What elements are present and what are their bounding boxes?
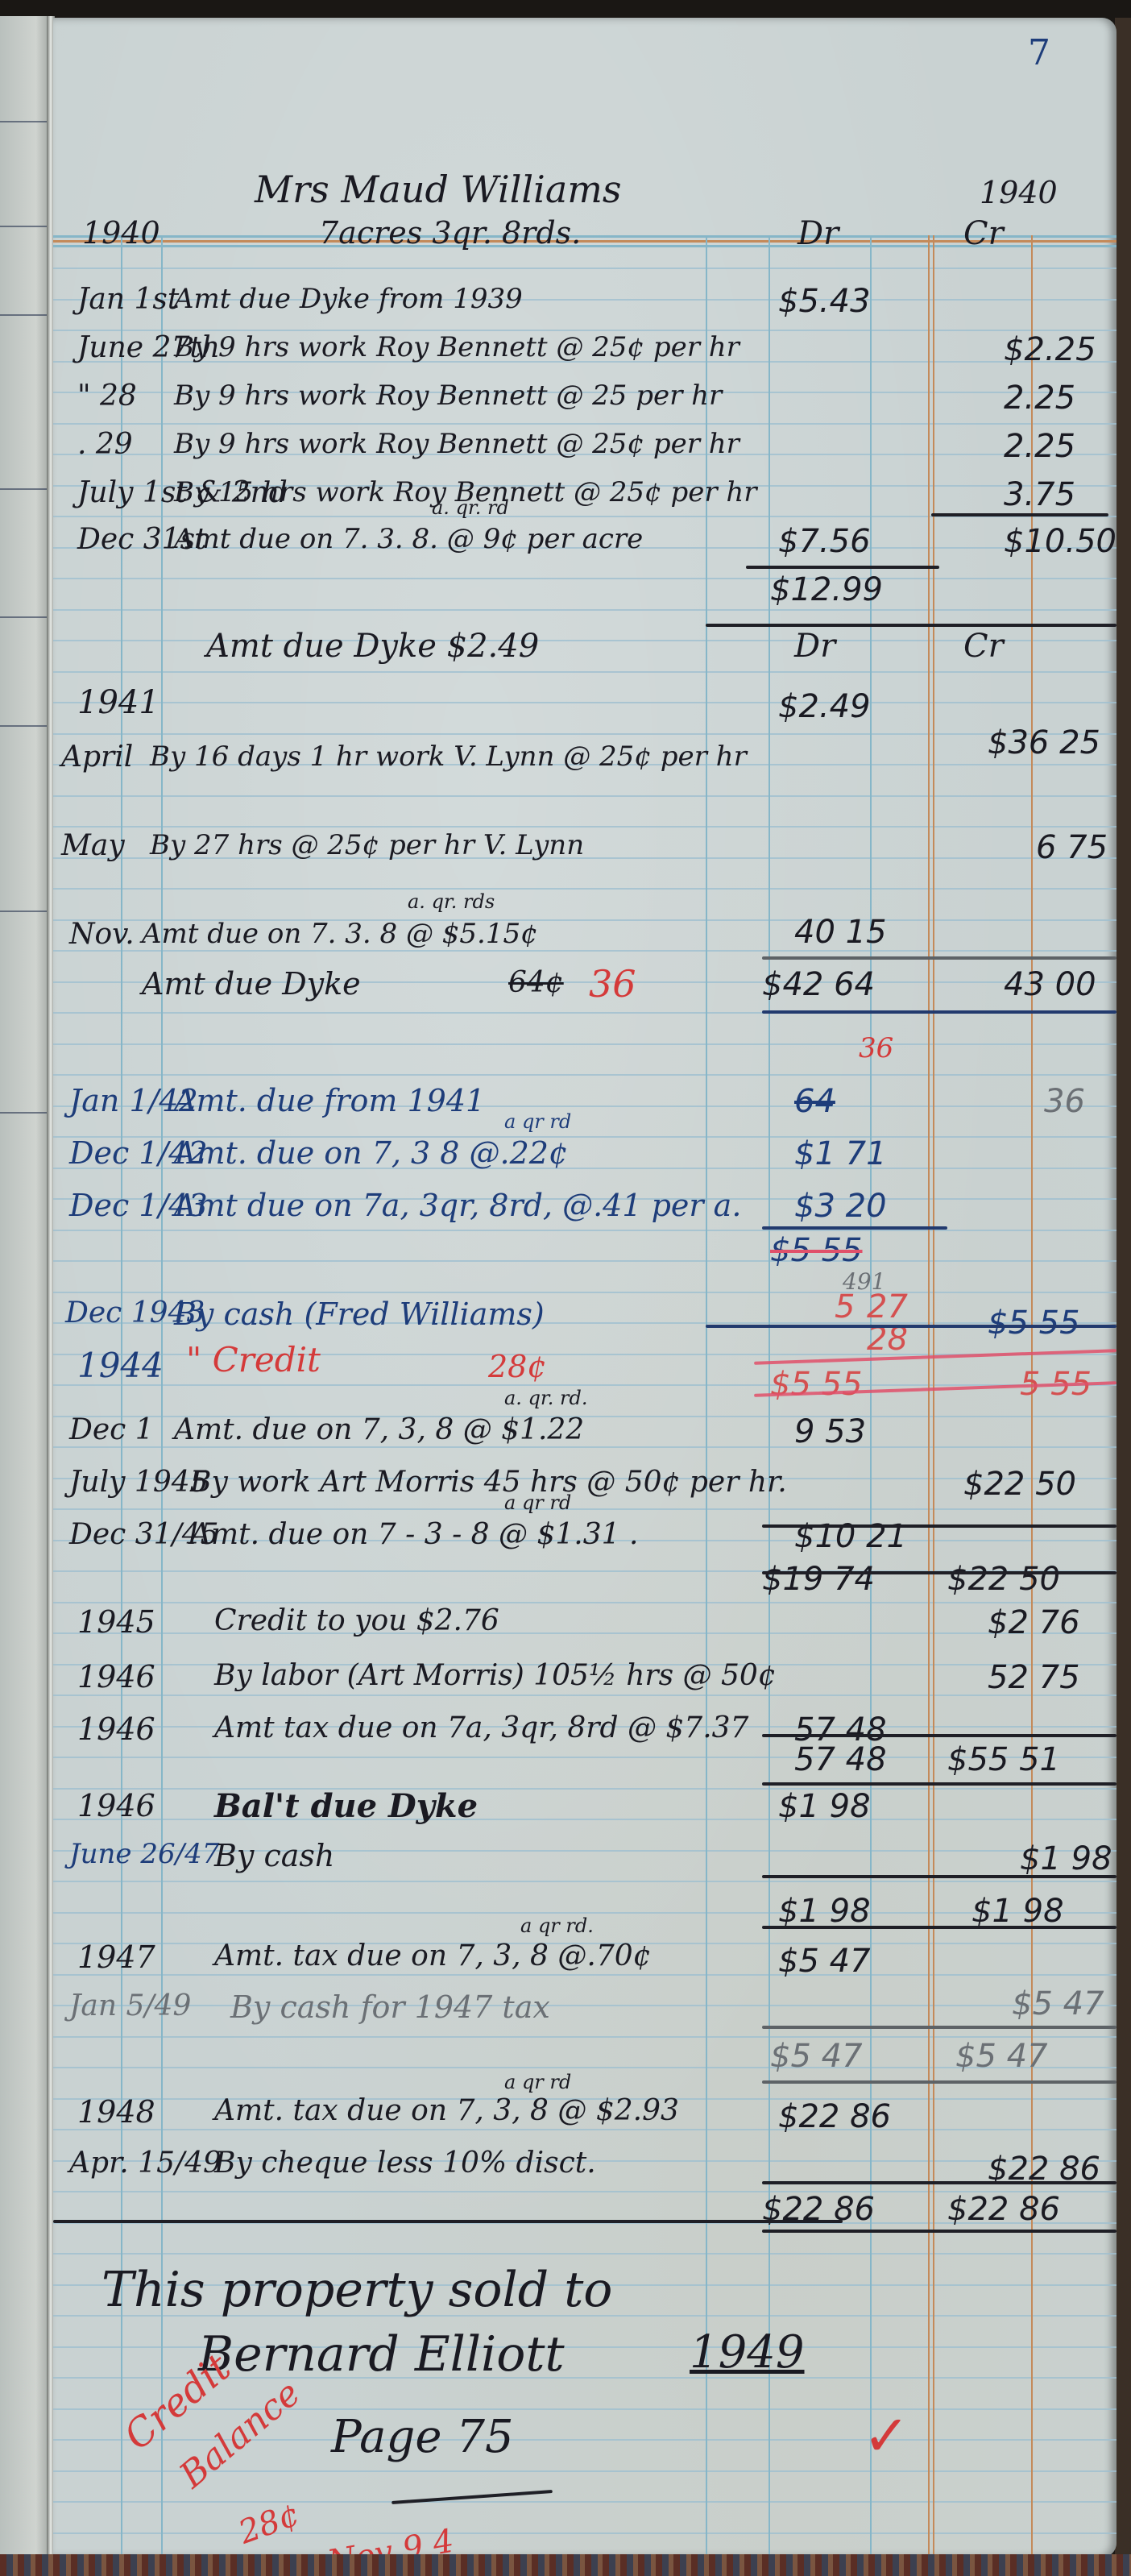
debit-amount: $5.43 xyxy=(778,285,871,317)
credit-total: $55 51 xyxy=(947,1744,1060,1776)
ruling-line xyxy=(53,1043,1116,1045)
credit-amount: 2.25 xyxy=(1004,382,1075,414)
ruling-line xyxy=(53,671,1116,673)
entry-description: By cheque less 10% disct. xyxy=(214,2149,596,2178)
ruling-line xyxy=(53,1695,1116,1696)
entry-date: April xyxy=(61,743,133,772)
red-correction: 27 xyxy=(867,1291,908,1323)
entry-description: Bal't due Dyke xyxy=(214,1790,478,1823)
entry-description: By 9 hrs work Roy Bennett @ 25 per hr xyxy=(174,382,722,409)
totals-label: Amt due Dyke xyxy=(142,969,361,999)
entry-description: Credit to you $2.76 xyxy=(214,1607,499,1636)
entry-units-superscript: a. qr. rd xyxy=(432,498,509,517)
ruling-line xyxy=(53,1788,1116,1790)
header-rule xyxy=(53,235,1116,238)
red-note-amount: 28¢ xyxy=(234,2498,303,2549)
entry-description: Amt. due on 7, 3, 8 @ $1.22 xyxy=(174,1416,584,1445)
entry-units-superscript: a qr rd xyxy=(504,1493,571,1512)
credit-amount: $2.25 xyxy=(1004,334,1096,366)
credit-total: $5 47 xyxy=(955,2040,1048,2072)
ruling-line xyxy=(53,1508,1116,1510)
debit-amount: 40 15 xyxy=(794,916,887,948)
entry-date: 1946 xyxy=(77,1661,155,1692)
entry-date: 1946 xyxy=(77,1790,155,1821)
debit-amount: $22 86 xyxy=(778,2101,891,2133)
credit-note: " Credit xyxy=(186,1343,321,1377)
credit-amount: $22 86 xyxy=(988,2153,1100,2185)
entry-date: Apr. 15/49 xyxy=(69,2149,222,2178)
check-mark-icon: ✓ xyxy=(863,2403,910,2469)
ruling-line xyxy=(53,702,1116,703)
page-number: 7 xyxy=(1028,35,1050,71)
entry-description: By cash (Fred Williams) xyxy=(174,1299,545,1329)
debit-amount: $2.49 xyxy=(778,691,871,723)
debit-column-header: Dr xyxy=(797,218,839,250)
entry-description: Amt. due on 7, 3 8 @.22¢ xyxy=(174,1138,568,1168)
header-year-right: 1940 xyxy=(980,177,1058,208)
entry-description: Amt due on 7. 3. 8. @ 9¢ per acre xyxy=(174,525,643,553)
entry-description: Amt tax due on 7a, 3qr, 8rd @ $7.37 xyxy=(214,1714,748,1743)
rule-stroke xyxy=(706,1325,1116,1328)
entry-units-superscript: a qr rd xyxy=(504,2072,571,2092)
struck-amount: 64¢ xyxy=(508,969,564,998)
credit-total: 43 00 xyxy=(1004,969,1096,1001)
entry-description: Amt. due from 1941 xyxy=(174,1085,485,1116)
rule-stroke xyxy=(931,513,1108,516)
red-correction-note: 36 xyxy=(859,1035,893,1062)
page-reference: Page 75 xyxy=(331,2415,514,2460)
entry-date: 1945 xyxy=(77,1607,155,1637)
rule-stroke xyxy=(762,1926,1116,1929)
ruling-line xyxy=(53,795,1116,797)
entry-date: May xyxy=(61,832,125,861)
entry-description: By 9 hrs work Roy Bennett @ 25¢ per hr xyxy=(174,430,739,458)
credit-amount: $2 76 xyxy=(988,1607,1080,1639)
entry-date: 1946 xyxy=(77,1714,155,1744)
rule-stroke xyxy=(762,2230,1116,2233)
rule-stroke xyxy=(762,2080,1116,2084)
entry-date: " 28 xyxy=(77,382,137,411)
credit-amount: $5 47 xyxy=(1012,1988,1104,2020)
ruling-line xyxy=(53,609,1116,611)
page-edge xyxy=(1115,18,1131,2557)
debit-amount: $5 47 xyxy=(778,1945,871,1977)
entry-date: July 1945 xyxy=(69,1468,209,1497)
ruling-line xyxy=(53,578,1116,579)
rule-stroke xyxy=(762,2026,1116,2029)
column-rule xyxy=(161,235,163,2557)
column-rule xyxy=(928,235,930,2557)
entry-description: Amt. tax due on 7, 3, 8 @ $2.93 xyxy=(214,2097,679,2126)
entry-date: June 26/47 xyxy=(69,1840,219,1868)
rule-stroke xyxy=(762,1524,1116,1528)
debit-amount: 9 53 xyxy=(794,1416,866,1448)
rule-stroke xyxy=(746,566,939,569)
credit-amount: 3.75 xyxy=(1004,479,1075,511)
ruling-line xyxy=(53,1074,1116,1076)
rule-stroke xyxy=(762,2181,1116,2184)
ruling-line xyxy=(53,1881,1116,1882)
debit-column-header: Dr xyxy=(794,630,835,662)
ruling-line xyxy=(53,888,1116,890)
debit-amount: $7.56 xyxy=(778,525,871,558)
entry-description: Amt due on 7a, 3qr, 8rd, @.41 per a. xyxy=(174,1190,741,1221)
rule-stroke xyxy=(762,1875,1116,1878)
debit-total: $42 64 xyxy=(762,969,875,1001)
red-note-date: Nov 9 4 xyxy=(325,2525,457,2557)
entry-date: 1947 xyxy=(77,1942,155,1972)
property-description: 7acres 3qr. 8rds. xyxy=(319,218,581,248)
entry-description: By 9 hrs work Roy Bennett @ 25¢ per hr xyxy=(174,334,739,361)
sold-year: 1949 xyxy=(690,2330,805,2375)
entry-description: Amt. due on 7 - 3 - 8 @ $1.31 . xyxy=(190,1520,638,1549)
debit-total: 57 48 xyxy=(794,1744,887,1776)
ruling-line xyxy=(53,733,1116,735)
header-rule xyxy=(53,245,1116,247)
ruling-line xyxy=(53,1260,1116,1262)
credit-amount: $5 55 xyxy=(988,1307,1080,1339)
entry-description: By cash xyxy=(214,1840,334,1871)
entry-date: . 29 xyxy=(77,430,133,459)
credit-amount: $10.50 xyxy=(1004,525,1116,558)
credit-total: $22 86 xyxy=(947,2193,1060,2225)
sold-note-line-1: This property sold to xyxy=(101,2266,612,2314)
entry-date: Nov. xyxy=(69,920,135,949)
entry-description: Amt. tax due on 7, 3, 8 @.70¢ xyxy=(214,1942,652,1971)
credit-total: $1 98 xyxy=(971,1895,1064,1927)
ruling-line xyxy=(53,423,1116,425)
entry-units-superscript: a qr rd xyxy=(504,1112,571,1131)
entry-units-superscript: a qr rd. xyxy=(520,1916,594,1935)
account-holder-name: Mrs Maud Williams xyxy=(255,171,622,208)
red-correction: 28 xyxy=(867,1323,908,1355)
rule-stroke xyxy=(754,1349,1116,1365)
credit-amount: 2.25 xyxy=(1004,430,1075,463)
corrected-amount: 36 xyxy=(589,965,636,1002)
ruling-line xyxy=(53,2005,1116,2006)
ledger-page: 7 Mrs Maud Williams 1940 1940 7acres 3qr… xyxy=(53,18,1116,2557)
cover-fabric xyxy=(0,2554,1131,2576)
ruling-line xyxy=(53,2253,1116,2255)
ruling-line xyxy=(53,1602,1116,1603)
credit-total: $22 50 xyxy=(947,1563,1060,1595)
credit-amount: $36 25 xyxy=(988,727,1100,759)
rule-stroke xyxy=(762,1782,1116,1786)
debit-amount: $1 71 xyxy=(794,1138,887,1170)
sold-note-line-2: Bernard Elliott xyxy=(198,2330,565,2379)
debit-amount: $1 98 xyxy=(778,1790,871,1823)
rule-stroke xyxy=(762,1734,1116,1737)
ruling-line xyxy=(53,1230,1116,1231)
ruling-line xyxy=(53,1819,1116,1820)
entry-description: Amt due Dyke from 1939 xyxy=(174,285,523,313)
credit-amount: $1 98 xyxy=(1020,1843,1112,1875)
red-correction: 5 xyxy=(835,1291,855,1323)
column-rule xyxy=(706,235,707,2557)
credit-amount: 52 75 xyxy=(988,1661,1080,1694)
entry-description: By 16 days 1 hr work V. Lynn @ 25¢ per h… xyxy=(150,743,747,770)
ruling-line xyxy=(53,1974,1116,1976)
ruling-line xyxy=(53,2501,1116,2503)
ruling-line xyxy=(53,826,1116,828)
ruling-line xyxy=(53,1912,1116,1914)
entry-description: By 27 hrs @ 25¢ per hr V. Lynn xyxy=(150,832,584,859)
debit-amount: $3 20 xyxy=(794,1190,887,1222)
credit-amount: 6 75 xyxy=(1036,832,1108,864)
ruling-line xyxy=(53,1292,1116,1293)
credit-note-amount: 28¢ xyxy=(488,1351,547,1382)
entry-description: Amt due on 7. 3. 8 @ $5.15¢ xyxy=(142,920,538,948)
rule-stroke xyxy=(762,1226,947,1230)
ruling-line xyxy=(53,2408,1116,2410)
entry-description: By work Art Morris 45 hrs @ 50¢ per hr. xyxy=(190,1468,787,1497)
ruling-line xyxy=(53,1446,1116,1448)
debit-total: $5 47 xyxy=(770,2040,863,2072)
entry-date: Jan 1st xyxy=(77,285,179,314)
ruling-line xyxy=(53,950,1116,952)
entry-description: By labor (Art Morris) 105½ hrs @ 50¢ xyxy=(214,1661,777,1690)
debit-total: $1 98 xyxy=(778,1895,871,1927)
rule-stroke xyxy=(706,624,1116,627)
credit-amount: 36 xyxy=(1044,1085,1085,1118)
ruling-line xyxy=(53,1632,1116,1634)
credit-column-header: Cr xyxy=(963,218,1004,250)
debit-total: $19 74 xyxy=(762,1563,875,1595)
carry-forward-note: Amt due Dyke $2.49 xyxy=(206,630,539,662)
debit-amount: 64 xyxy=(794,1085,835,1118)
entry-year: 1941 xyxy=(77,687,159,719)
entry-units-superscript: a. qr. rd. xyxy=(504,1388,588,1408)
debit-total: $5 55 xyxy=(770,1234,863,1267)
rule-stroke xyxy=(762,1571,1116,1574)
ruling-line xyxy=(53,268,1116,269)
entry-date: Jan 5/49 xyxy=(69,1992,191,2021)
header-rule xyxy=(53,240,1116,243)
column-rule xyxy=(933,235,934,2557)
entry-date: 1948 xyxy=(77,2097,155,2127)
entry-units-superscript: a. qr. rds xyxy=(408,892,495,911)
column-rule xyxy=(121,235,122,2557)
entry-date: 1944 xyxy=(77,1349,164,1383)
header-year-left: 1940 xyxy=(82,218,160,248)
credit-amount: $22 50 xyxy=(963,1468,1076,1500)
entry-date: Dec 1 xyxy=(69,1416,154,1445)
entry-description: By cash for 1947 tax xyxy=(230,1992,550,2022)
ruling-line xyxy=(53,2129,1116,2130)
rule-stroke xyxy=(762,1010,1116,1014)
ruling-line xyxy=(53,2532,1116,2534)
rule-stroke xyxy=(762,956,1116,960)
ruling-line xyxy=(53,1384,1116,1386)
rule-stroke xyxy=(53,2220,843,2223)
facing-page-edge xyxy=(0,16,52,2566)
debit-total: $12.99 xyxy=(770,574,883,606)
credit-column-header: Cr xyxy=(963,630,1004,662)
